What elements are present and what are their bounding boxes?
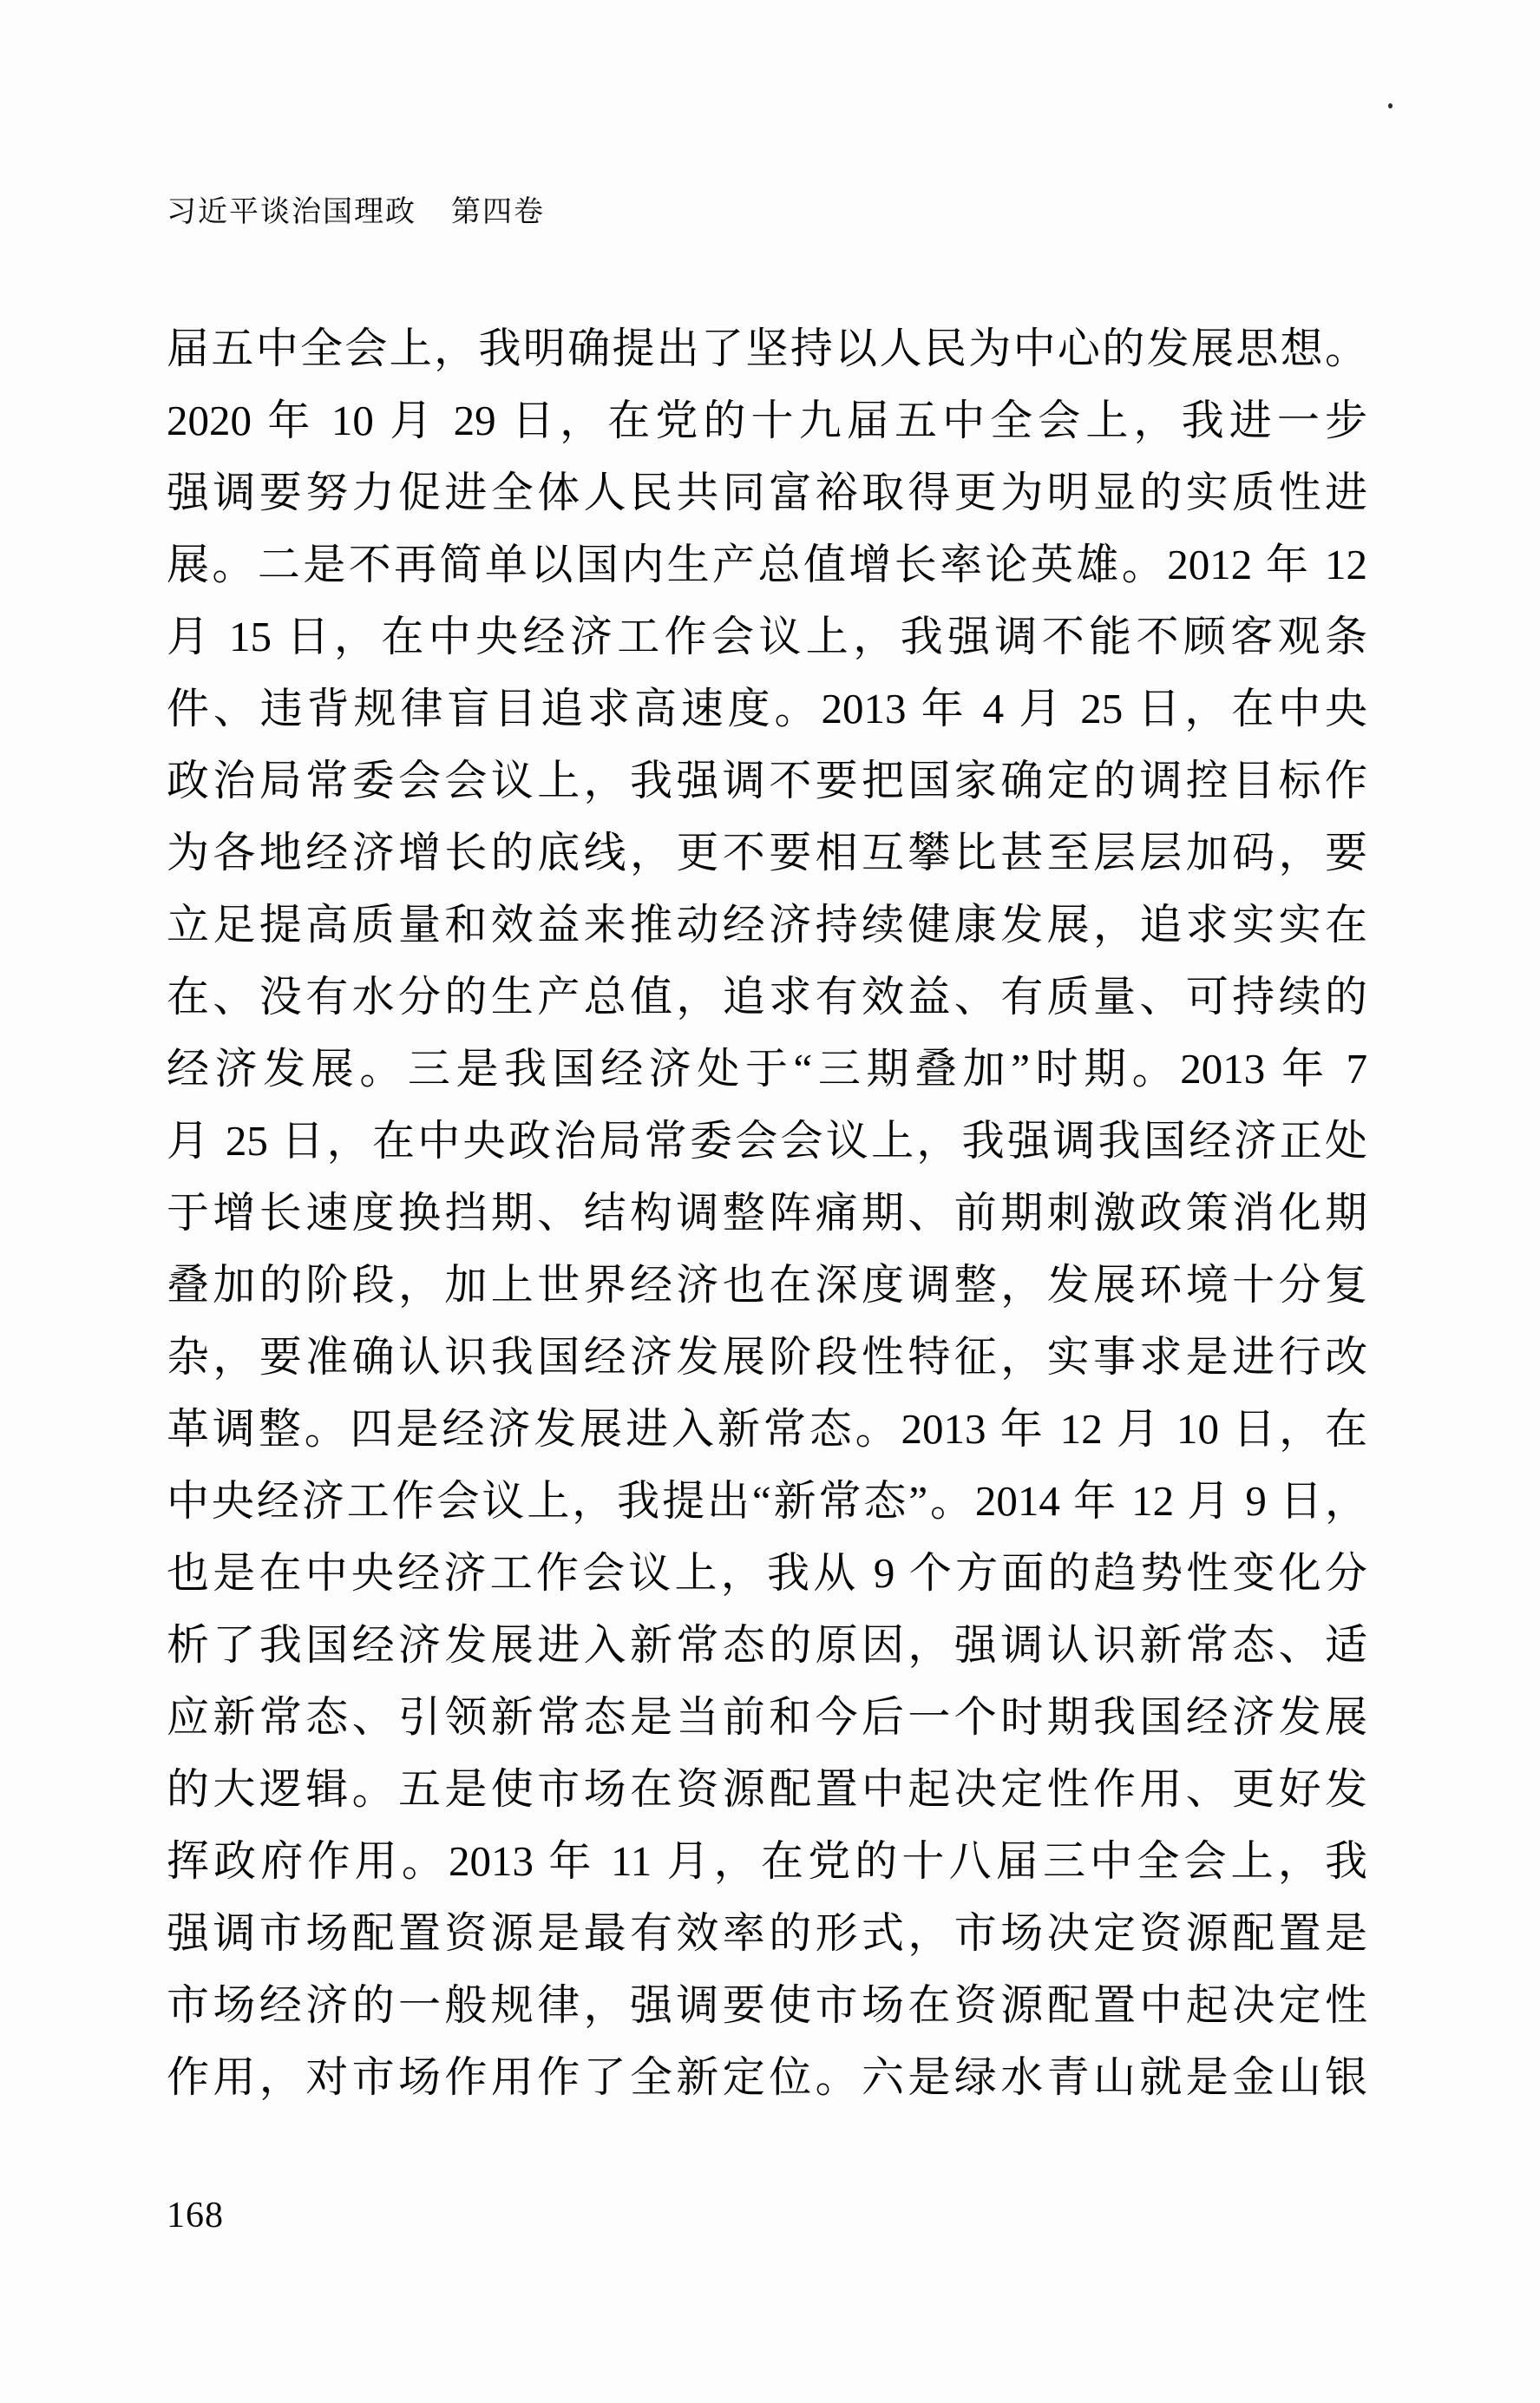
text-line: 也是在中央经济工作会议上，我从 9 个方面的趋势性变化分 [167,1537,1367,1609]
text-line: 中央经济工作会议上，我提出“新常态”。2014 年 12 月 9 日， [167,1465,1367,1537]
scan-artifact-dot [1388,103,1393,108]
text-line: 届五中全会上，我明确提出了坚持以人民为中心的发展思想。 [167,312,1367,384]
text-line: 强调要努力促进全体人民共同富裕取得更为明显的实质性进 [167,456,1367,529]
running-head: 习近平谈治国理政第四卷 [167,193,545,233]
text-line: 2020 年 10 月 29 日，在党的十九届五中全会上，我进一步 [167,384,1367,456]
text-line: 经济发展。三是我国经济处于“三期叠加”时期。2013 年 7 [167,1033,1367,1105]
text-line: 强调市场配置资源是最有效率的形式，市场决定资源配置是 [167,1897,1367,1969]
text-line: 杂，要准确认识我国经济发展阶段性特征，实事求是进行改 [167,1321,1367,1393]
text-line: 为各地经济增长的底线，更不要相互攀比甚至层层加码，要 [167,817,1367,889]
text-line: 作用，对市场作用作了全新定位。六是绿水青山就是金山银 [167,2041,1367,2113]
text-line: 市场经济的一般规律，强调要使市场在资源配置中起决定性 [167,1969,1367,2041]
text-line: 月 25 日，在中央政治局常委会会议上，我强调我国经济正处 [167,1105,1367,1177]
text-line: 立足提高质量和效益来推动经济持续健康发展，追求实实在 [167,889,1367,961]
text-line: 件、违背规律盲目追求高速度。2013 年 4 月 25 日，在中央 [167,673,1367,745]
text-line: 叠加的阶段，加上世界经济也在深度调整，发展环境十分复 [167,1249,1367,1321]
text-line: 月 15 日，在中央经济工作会议上，我强调不能不顾客观条 [167,601,1367,673]
body-text: 届五中全会上，我明确提出了坚持以人民为中心的发展思想。 2020 年 10 月 … [167,312,1367,2113]
text-line: 于增长速度换挡期、结构调整阵痛期、前期刺激政策消化期 [167,1177,1367,1249]
text-line: 在、没有水分的生产总值，追求有效益、有质量、可持续的 [167,961,1367,1033]
text-line: 革调整。四是经济发展进入新常态。2013 年 12 月 10 日，在 [167,1393,1367,1465]
volume-label: 第四卷 [451,196,545,228]
book-title: 习近平谈治国理政 [167,196,416,228]
text-line: 应新常态、引领新常态是当前和今后一个时期我国经济发展 [167,1681,1367,1753]
book-page: 习近平谈治国理政第四卷 届五中全会上，我明确提出了坚持以人民为中心的发展思想。 … [0,0,1540,2403]
page-number: 168 [167,2194,224,2237]
text-line: 挥政府作用。2013 年 11 月，在党的十八届三中全会上，我 [167,1825,1367,1897]
text-line: 展。二是不再简单以国内生产总值增长率论英雄。2012 年 12 [167,529,1367,601]
text-line: 政治局常委会会议上，我强调不要把国家确定的调控目标作 [167,745,1367,817]
text-line: 的大逻辑。五是使市场在资源配置中起决定性作用、更好发 [167,1753,1367,1825]
text-line: 析了我国经济发展进入新常态的原因，强调认识新常态、适 [167,1609,1367,1681]
